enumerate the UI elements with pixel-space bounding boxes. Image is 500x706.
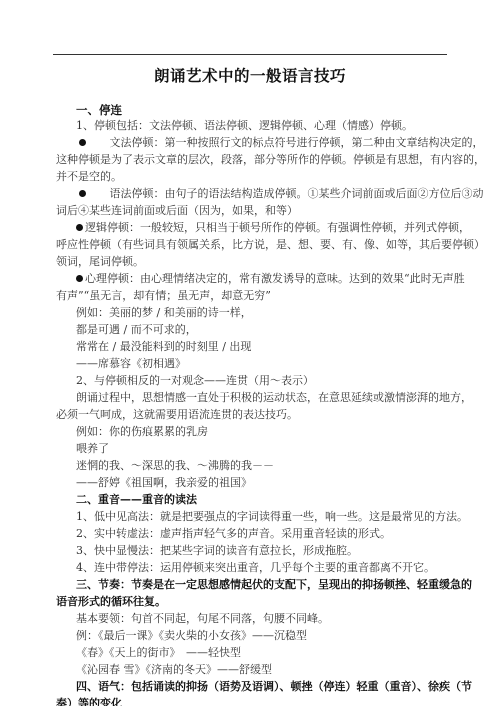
paragraph-line: 4、连中带停法：运用停顿来突出重音，几乎每个主要的重音都离不开它。 — [76, 561, 435, 575]
section-heading-stress: 二、重音——重音的读法 — [76, 493, 197, 507]
bullet-icon — [76, 224, 83, 231]
example-line: 喂养了 — [76, 442, 109, 456]
paragraph-line: 基本要领：句首不同起，句尾不同落，句腰不同峰。 — [76, 612, 329, 626]
paragraph-line: 2、实中转虚法：虚声指声轻气多的声音。采用重音轻读的形式。 — [76, 527, 391, 541]
bullet-item-grammar-pause: 文法停顿：第一种按照行文的标点符号进行停顿，第二种由文章结构决定的， — [79, 136, 484, 150]
example-line: 《沁园春 雪》《济南的冬天》——舒缓型 — [76, 663, 272, 677]
section-heading-rhythm-cont: 语音形式的循环往复。 — [56, 595, 166, 609]
bullet-item-logic-pause: 逻辑停顿：一般较短，只相当于顿号所作的停顿。有强调性停顿，并列式停顿， — [76, 221, 470, 235]
section-heading-rhythm: 三、节奏：节奏是在一定思想感情起伏的支配下，呈现出的抑扬顿挫、轻重缓急的 — [76, 578, 472, 592]
paragraph-line: 这种停顿是为了表示文章的层次，段落，部分等所作的停顿。停顿是有思想，有内容的， — [56, 153, 485, 167]
example-line: 常常在 / 最没能料到的时刻里 / 出现 — [76, 340, 251, 354]
paragraph-line: 3、快中显慢法：把某些字词的读音有意拉长，形成拖腔。 — [76, 544, 358, 558]
header-rule — [53, 54, 447, 55]
bullet-item-syntax-pause: 语法停顿：由句子的语法结构造成停顿。①某些介词前面或后面②方位后③动 — [79, 187, 484, 201]
bullet-icon — [79, 190, 86, 197]
paragraph-line: 呼应性停顿（有些词具有领属关系，比方说，是、想、要、有、像、如等，其后要停顿） — [56, 238, 485, 252]
paragraph-line: 2、与停顿相反的一对观念——连贯（用～表示） — [76, 374, 314, 388]
paragraph-line: 必须一气呵成，这就需要用语流连贯的表达技巧。 — [56, 408, 298, 422]
section-heading-tone-cont: 奏）等的变化 — [56, 697, 122, 706]
paragraph-line: 有声”“虽无言，却有情；虽无声，却意无穷” — [56, 289, 271, 303]
bullet-icon — [79, 139, 86, 146]
example-line: 《春》《天上的街市》 ——轻快型 — [76, 646, 241, 660]
bullet-icon — [76, 275, 83, 282]
paragraph-line: 朗诵过程中，思想情感一直处于积极的运动状态，在意思延续或激情澎湃的地方， — [76, 391, 472, 405]
paragraph-line: 词后④某些连词前面或后面（因为，如果，和等） — [56, 204, 298, 218]
example-line: 例：《最后一课》《卖火柴的小女孩》——沉稳型 — [76, 629, 307, 643]
section-heading-tone: 四、语气：包括诵读的抑扬（语势及语调）、顿挫（停连）轻重（重音）、徐疾（节 — [76, 680, 472, 694]
example-line: 迷惘的我、～深思的我、～沸腾的我－－ — [76, 459, 274, 473]
paragraph-line: 1、低中见高法：就是把要强点的字词读得重一些，响一些。这是最常见的方法。 — [76, 510, 468, 524]
paragraph-line: 领词，尾词停顿。 — [56, 255, 144, 269]
bullet-item-psych-pause: 心理停顿：由心理情绪决定的，常有激发诱导的意味。达到的效果“此时无声胜 — [76, 272, 465, 286]
document-title: 朗诵艺术中的一般语言技巧 — [0, 64, 500, 86]
example-line: 例如：你的伤痕累累的乳房 — [76, 425, 208, 439]
example-line: 例如：美丽的梦 / 和美丽的诗一样， — [76, 306, 252, 320]
paragraph-line: 并不是空的。 — [56, 170, 122, 184]
example-attribution: ——席慕容《初相遇》 — [76, 357, 186, 371]
paragraph-line: 1、停顿包括：文法停顿、语法停顿、逻辑停顿、心理（情感）停顿。 — [76, 119, 413, 133]
example-attribution: ——舒婷《祖国啊，我亲爱的祖国》 — [76, 476, 252, 490]
example-line: 都是可遇 / 而不可求的， — [76, 323, 197, 337]
section-heading-pause: 一、停连 — [76, 103, 122, 117]
